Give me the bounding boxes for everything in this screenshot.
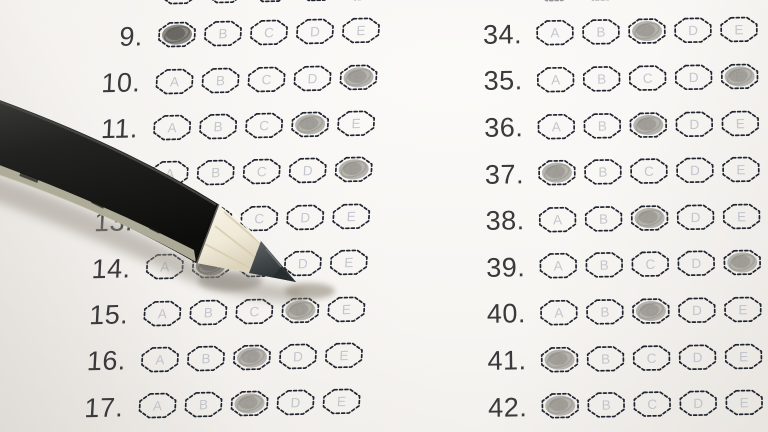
pencil-mark (544, 348, 574, 370)
bubble-letter: B (599, 211, 608, 226)
bubble-11-C: C (244, 112, 283, 139)
answer-row-9: 9.ABCDE (87, 7, 381, 61)
bubble-38-C: C (630, 204, 668, 231)
answer-row-38: 38.ABCDE (442, 192, 761, 245)
bubble-letter: B (218, 26, 228, 41)
bubble-letter: C (644, 164, 654, 179)
bubble-42-B: B (587, 392, 625, 419)
bubble-letter: E (736, 116, 745, 131)
bubble-outline (207, 0, 244, 2)
pencil-mark (727, 252, 757, 274)
bubble-letter: B (601, 351, 610, 366)
bubble-12-C: C (242, 158, 281, 185)
bubble-9-B: B (203, 20, 242, 47)
bubble-34-C: C (628, 18, 666, 45)
bubble-34-D: D (674, 17, 712, 44)
bubble-letter: E (337, 394, 347, 409)
answer-row-13: 13.ABCDE (77, 192, 371, 246)
pencil-mark (545, 395, 575, 417)
bubble-15-B: B (189, 299, 228, 326)
bubble-15-E: E (327, 295, 366, 322)
bubble-letter: D (691, 210, 701, 225)
bubble-group: ABCDE (538, 203, 760, 233)
question-number: 10. (85, 67, 157, 100)
bubble-16-B: B (186, 345, 225, 372)
question-number: 36. (441, 112, 537, 145)
bubble-letter: C (264, 25, 275, 40)
question-number: 12. (80, 160, 152, 193)
bubble-letter: C (252, 257, 263, 272)
question-number: 17. (68, 392, 140, 425)
answer-row-34: 34.ABCDE (440, 6, 759, 59)
bubble-letter: D (290, 395, 301, 410)
scantron-photo: ABCDE9.ABCDE10.ABCDE11.ABCDE12.ABCDE13.A… (0, 0, 768, 432)
pencil-mark (161, 24, 192, 46)
bubble-16-A: A (140, 346, 179, 373)
bubble-11-E: E (336, 110, 375, 137)
pencil-mark (338, 159, 369, 181)
bubble-letter: C (254, 211, 265, 226)
bubble-x-A: A (160, 0, 199, 5)
bubble-letter: B (600, 304, 609, 319)
bubble-41-D: D (678, 343, 716, 370)
bubble-16-C: C (232, 344, 271, 371)
pencil-mark (634, 207, 664, 229)
bubble-36-B: B (583, 112, 621, 139)
bubble-letter: B (203, 305, 213, 320)
bubble-34-E: E (720, 16, 758, 43)
bubble-36-C: C (629, 111, 667, 138)
bubble-17-C: C (230, 390, 269, 417)
bubble-39-E: E (723, 249, 761, 276)
bubble-37-E: E (722, 156, 760, 183)
bubble-group: ABCDE (148, 203, 371, 234)
bubble-letter: D (688, 23, 698, 38)
answer-row-39: 39.ABCDE (443, 239, 762, 292)
bubble-37-C: C (630, 158, 668, 185)
bubble-41-C: C (632, 344, 670, 371)
answer-row-42: 42.ABCDE (445, 379, 764, 432)
bubble-letter: A (157, 306, 167, 321)
pencil-mark (236, 347, 267, 369)
answer-row-10: 10.ABCDE (84, 53, 378, 107)
bubble-letter: E (344, 255, 354, 270)
bubble-13-D: D (286, 204, 325, 231)
bubble-35-D: D (674, 64, 712, 91)
bubble-letter: A (165, 167, 175, 182)
bubble-39-B: B (585, 252, 623, 279)
bubble-letter: B (216, 73, 226, 88)
bubble-39-A: A (539, 253, 577, 280)
bubble-37-B: B (584, 159, 622, 186)
bubble-42-A: A (541, 392, 579, 419)
bubble-letter: D (298, 256, 309, 271)
bubble-letter: A (167, 120, 177, 135)
bubble-letter: D (300, 210, 311, 225)
bubble-group: ABCDE (143, 295, 366, 326)
bubble-letter: D (692, 303, 702, 318)
bubble-letter: D (310, 24, 321, 39)
bubble-40-C: C (632, 298, 670, 325)
bubble-11-A: A (152, 114, 191, 141)
bubble-outline (253, 0, 290, 1)
bubble-group: ABCDE (540, 343, 762, 373)
bubble-letter: C (647, 397, 657, 412)
bubble-15-D: D (281, 297, 320, 324)
bubble-letter: E (351, 116, 361, 131)
bubble-12-B: B (196, 159, 235, 186)
answer-row-37: 37.ABCDE (442, 146, 761, 199)
pencil-mark (285, 299, 316, 321)
bubble-10-B: B (201, 67, 240, 94)
question-number: 14. (75, 253, 147, 286)
bubble-letter: B (602, 398, 611, 413)
bubble-letter: D (689, 70, 699, 85)
pencil-mark (636, 300, 666, 322)
bubble-letter: A (554, 305, 563, 320)
question-number: 39. (443, 252, 539, 285)
bubble-38-E: E (722, 203, 760, 230)
bubble-group: ABCDE (541, 389, 763, 419)
bubble-letter: B (213, 119, 223, 134)
bubble-group: ABCDE (140, 342, 363, 373)
bubble-letter: B (211, 166, 221, 181)
bubble-17-D: D (276, 389, 315, 416)
bubble-10-C: C (247, 66, 286, 93)
bubble-letter: E (341, 302, 351, 317)
bubble-17-B: B (184, 391, 223, 418)
bubble-37-A: A (538, 159, 576, 186)
bubble-letter: A (551, 72, 560, 87)
bubble-letter: C (249, 304, 260, 319)
bubble-letter: A (170, 74, 180, 89)
bubble-letter: C (256, 164, 267, 179)
bubble-letter: C (261, 72, 272, 87)
bubble-x-B: B (581, 0, 619, 1)
bubble-group: ABCDE (535, 0, 757, 2)
bubble-14-C: C (237, 251, 276, 278)
bubble-letter: D (293, 349, 304, 364)
answer-row-35: 35.ABCDE (440, 53, 759, 106)
bubble-letter: B (598, 118, 607, 133)
pencil-mark (234, 393, 265, 415)
bubble-12-A: A (150, 160, 189, 187)
bubble-41-A: A (540, 346, 578, 373)
bubble-letter: B (597, 71, 606, 86)
question-number: 13. (77, 206, 149, 239)
bubble-14-B: B (191, 252, 230, 279)
answers-column-right: ABCDE34.ABCDE35.ABCDE36.ABCDE37.ABCDE38.… (440, 0, 768, 432)
bubble-letter: D (691, 256, 701, 271)
bubble-9-E: E (341, 17, 380, 44)
bubble-17-A: A (138, 392, 177, 419)
bubble-group: ABCDE (538, 156, 760, 186)
bubble-letter: C (645, 257, 655, 272)
bubble-11-B: B (198, 113, 237, 140)
answer-row-11: 11.ABCDE (82, 99, 376, 153)
question-number: 34. (440, 19, 536, 52)
bubble-group: ABCDE (150, 156, 373, 187)
bubble-letter: A (160, 259, 170, 274)
bubble-34-B: B (582, 19, 620, 46)
bubble-11-D: D (290, 111, 329, 138)
bubble-39-D: D (677, 250, 715, 277)
bubble-group: ABCDE (155, 63, 378, 94)
pencil-mark (542, 162, 572, 184)
bubble-letter: B (600, 258, 609, 273)
pencil-mark (725, 66, 755, 88)
bubble-37-D: D (676, 157, 714, 184)
bubble-letter: B (208, 212, 218, 227)
bubble-letter: D (307, 71, 318, 86)
pencil-mark (343, 66, 374, 88)
bubble-9-D: D (295, 18, 334, 45)
answer-row-14: 14.ABCDE (75, 239, 369, 293)
bubble-group: ABCDE (145, 249, 368, 280)
bubble-10-A: A (155, 68, 194, 95)
bubble-12-D: D (288, 157, 327, 184)
answer-row-15: 15.ABCDE (72, 285, 366, 339)
bubble-42-C: C (633, 391, 671, 418)
bubble-40-A: A (540, 299, 578, 326)
bubble-outline (161, 0, 198, 3)
bubble-x-D: D (298, 0, 337, 1)
bubble-group: ABCDE (138, 388, 361, 419)
bubble-x-B: B (206, 0, 245, 3)
answer-row-40: 40.ABCDE (444, 286, 763, 339)
bubble-38-A: A (538, 206, 576, 233)
bubble-13-A: A (148, 207, 187, 234)
bubble-36-E: E (721, 110, 759, 137)
bubble-letter: D (693, 396, 703, 411)
bubble-16-D: D (278, 343, 317, 370)
bubble-letter: A (552, 119, 561, 134)
bubble-36-D: D (675, 110, 713, 137)
bubble-14-D: D (283, 250, 322, 277)
bubble-40-E: E (724, 296, 762, 323)
bubble-letter: E (739, 349, 748, 364)
bubble-group: ABCDE (537, 110, 759, 140)
bubble-38-B: B (584, 205, 622, 232)
bubble-15-C: C (235, 298, 274, 325)
bubble-letter: D (302, 163, 313, 178)
bubble-letter: A (155, 352, 165, 367)
bubble-letter: A (550, 26, 559, 41)
question-number: 37. (442, 159, 538, 192)
bubble-letter: E (339, 348, 349, 363)
bubble-group: ABCDE (152, 110, 375, 141)
bubble-17-E: E (322, 388, 361, 415)
question-number: 35. (440, 65, 536, 98)
bubble-letter: B (596, 25, 605, 40)
question-number: 38. (442, 205, 538, 238)
answer-row-12: 12.ABCDE (79, 146, 373, 200)
bubble-group: ABCDE (539, 249, 761, 279)
bubble-9-C: C (249, 19, 288, 46)
bubble-38-D: D (676, 204, 714, 231)
bubble-letter: D (693, 349, 703, 364)
bubble-letter: B (598, 165, 607, 180)
bubble-36-A: A (537, 113, 575, 140)
question-number: 42. (445, 392, 541, 425)
bubble-35-B: B (582, 65, 620, 92)
bubble-letter: E (346, 209, 356, 224)
bubble-x-C: C (252, 0, 291, 2)
bubble-letter: A (153, 399, 163, 414)
pencil-mark (633, 114, 663, 136)
bubble-group: ABCDE (540, 296, 762, 326)
bubble-16-E: E (324, 342, 363, 369)
bubble-39-C: C (631, 251, 669, 278)
bubble-letter: D (690, 163, 700, 178)
bubble-group: ABCDE (536, 16, 758, 46)
question-number: 16. (70, 345, 142, 378)
bubble-letter: C (643, 71, 653, 86)
bubble-13-C: C (240, 205, 279, 232)
answer-row-17: 17.ABCDE (67, 378, 361, 432)
answer-row-36: 36.ABCDE (441, 99, 760, 152)
bubble-letter: D (689, 116, 699, 131)
bubble-40-D: D (678, 297, 716, 324)
bubble-letter: E (736, 162, 745, 177)
bubble-10-E: E (339, 63, 378, 90)
bubble-12-E: E (334, 156, 373, 183)
bubble-40-B: B (586, 298, 624, 325)
bubble-letter: E (738, 302, 747, 317)
pencil-mark (632, 21, 662, 43)
pencil-mark (295, 113, 326, 135)
question-number: 11. (82, 113, 154, 146)
bubble-41-B: B (586, 345, 624, 372)
bubble-group: ABCDE (160, 0, 383, 5)
bubble-letter: A (553, 212, 562, 227)
bubble-42-D: D (679, 390, 717, 417)
bubble-letter: C (647, 350, 657, 365)
bubble-group: ABCDE (157, 17, 380, 48)
bubble-letter: A (554, 259, 563, 274)
bubble-14-A: A (145, 253, 184, 280)
bubble-group: ABCDE (536, 63, 758, 93)
bubble-14-E: E (329, 249, 368, 276)
bubble-letter: E (734, 22, 743, 37)
bubble-x-A: A (535, 0, 573, 2)
pencil-mark (195, 255, 226, 277)
bubble-10-D: D (293, 65, 332, 92)
bubble-35-A: A (536, 66, 574, 93)
bubble-15-A: A (143, 300, 182, 327)
bubble-34-A: A (536, 20, 574, 47)
question-number: 15. (73, 299, 145, 332)
bubble-letter: C (259, 118, 270, 133)
bubble-35-E: E (720, 63, 758, 90)
answer-row-41: 41.ABCDE (444, 332, 763, 385)
bubble-letter: B (201, 351, 211, 366)
question-number: 9. (87, 21, 159, 54)
bubble-13-B: B (194, 206, 233, 233)
question-number: 41. (444, 345, 540, 378)
bubble-42-E: E (725, 389, 763, 416)
answers-column-left: ABCDE9.ABCDE10.ABCDE11.ABCDE12.ABCDE13.A… (67, 0, 410, 432)
bubble-35-C: C (628, 65, 666, 92)
bubble-letter: B (199, 398, 209, 413)
bubble-letter: E (737, 209, 746, 224)
bubble-13-E: E (332, 203, 371, 230)
bubble-letter: E (356, 23, 366, 38)
bubble-41-E: E (724, 343, 762, 370)
bubble-letter: A (162, 213, 172, 228)
answer-row-16: 16.ABCDE (70, 331, 364, 385)
bubble-letter: E (740, 395, 749, 410)
bubble-9-A: A (157, 21, 196, 48)
question-number: 40. (444, 298, 540, 331)
